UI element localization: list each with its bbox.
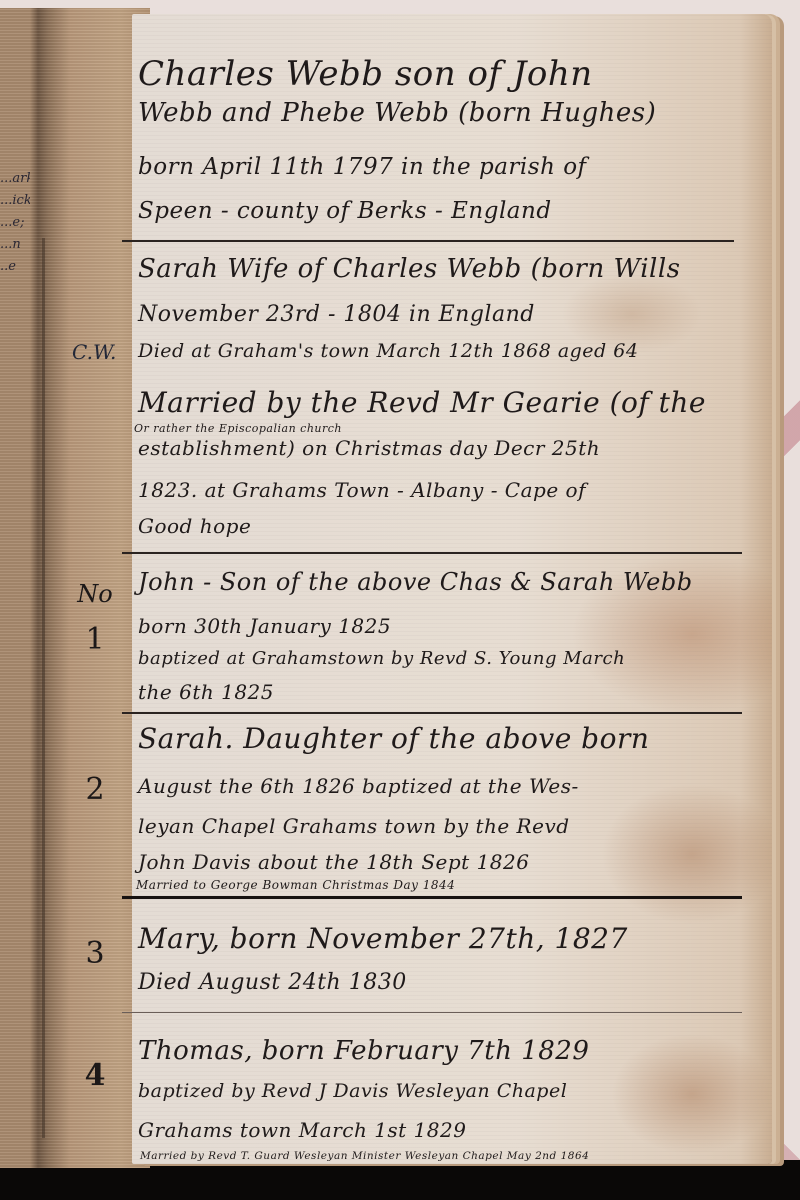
section-divider xyxy=(122,552,742,554)
entry-line: establishment) on Christmas day Decr 25t… xyxy=(138,436,600,460)
entry-line: John - Son of the above Chas & Sarah Web… xyxy=(138,568,693,596)
entry-line: Mary, born November 27th, 1827 xyxy=(138,922,628,955)
interlinear-note: Or rather the Episcopalian church xyxy=(134,422,342,435)
entry-line: Grahams town March 1st 1829 xyxy=(138,1118,466,1142)
entry-line: Thomas, born February 7th 1829 xyxy=(138,1036,589,1066)
section-divider xyxy=(122,1012,742,1013)
entry-line: leyan Chapel Grahams town by the Revd xyxy=(138,814,570,838)
facing-page-fragment: ...ark ...ick ...e; ...n ..e xyxy=(0,168,30,308)
entry-line: November 23rd - 1804 in England xyxy=(138,302,535,327)
register-page: Charles Webb son of John Webb and Phebe … xyxy=(132,14,772,1164)
entry-line: the 6th 1825 xyxy=(138,680,274,704)
marriage-note: Married by Revd T. Guard Wesleyan Minist… xyxy=(140,1150,589,1162)
child-number: 2 xyxy=(70,772,120,807)
entry-line: Sarah. Daughter of the above born xyxy=(138,722,649,755)
entry-line: baptized at Grahamstown by Revd S. Young… xyxy=(138,648,625,669)
margin-initials: C.W. xyxy=(72,340,116,364)
section-divider xyxy=(122,712,742,714)
child-number: 1 xyxy=(70,622,120,657)
entry-line: John Davis about the 18th Sept 1826 xyxy=(138,850,529,874)
entry-line: Died at Graham's town March 12th 1868 ag… xyxy=(138,340,638,362)
entry-line: Good hope xyxy=(138,514,251,538)
entry-line: born 30th January 1825 xyxy=(138,614,391,638)
entry-line: 1823. at Grahams Town - Albany - Cape of xyxy=(138,478,586,502)
entry-line: Webb and Phebe Webb (born Hughes) xyxy=(138,98,656,128)
marriage-note: Married to George Bowman Christmas Day 1… xyxy=(136,878,455,892)
section-divider xyxy=(122,240,734,242)
entry-line: Speen - county of Berks - England xyxy=(138,198,552,224)
entry-line: Married by the Revd Mr Gearie (of the xyxy=(138,386,706,419)
entry-line: August the 6th 1826 baptized at the Wes- xyxy=(138,774,579,798)
section-divider-heavy xyxy=(122,896,742,899)
number-label: No xyxy=(70,580,120,608)
entry-line: Sarah Wife of Charles Webb (born Wills xyxy=(138,254,681,284)
child-number: 4 xyxy=(70,1058,120,1093)
entry-line: Charles Webb son of John xyxy=(138,54,593,94)
child-number: 3 xyxy=(70,936,120,971)
entry-line: born April 11th 1797 in the parish of xyxy=(138,154,587,180)
spine-crease xyxy=(42,238,45,1138)
entry-line: baptized by Revd J Davis Wesleyan Chapel xyxy=(138,1080,567,1102)
entry-line: Died August 24th 1830 xyxy=(138,970,407,995)
